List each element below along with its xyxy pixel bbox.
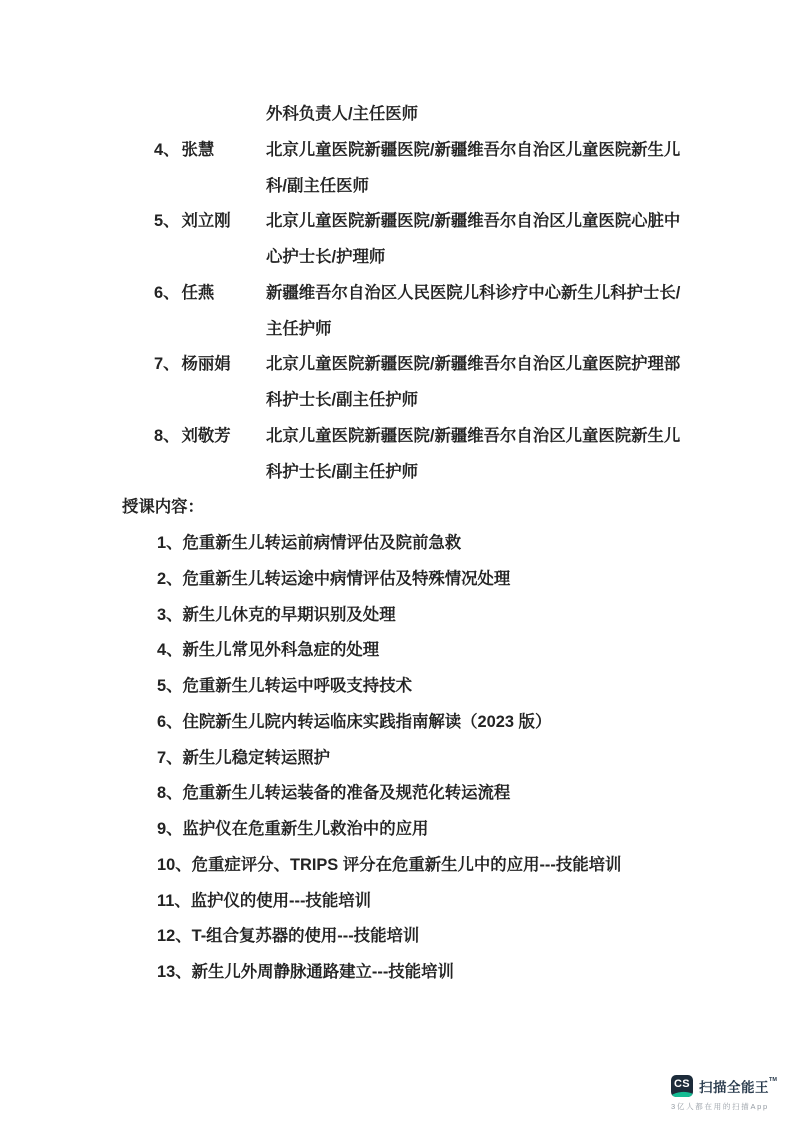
- camscanner-logo-letters: CS: [671, 1076, 693, 1092]
- roster-number: 4、: [154, 141, 180, 159]
- roster-number: 8、: [154, 427, 180, 445]
- roster-affiliation-line: 心护士长/护理师: [266, 240, 793, 276]
- roster-affiliation-line: 科护士长/副主任护师: [266, 455, 793, 491]
- roster-number: 6、: [154, 284, 180, 302]
- topic-item: 4、新生儿常见外科急症的处理: [157, 633, 793, 669]
- roster-continuation-line: 外科负责人/主任医师: [266, 97, 793, 133]
- roster-entry: 6、任燕 新疆维吾尔自治区人民医院儿科诊疗中心新生儿科护士长/ 主任护师: [154, 276, 793, 348]
- roster-affiliation-line: 科护士长/副主任护师: [266, 383, 793, 419]
- camscanner-brand-name: 扫描全能王: [699, 1076, 769, 1096]
- trademark-mark: TM: [769, 1077, 777, 1083]
- roster-entry: 4、张慧 北京儿童医院新疆医院/新疆维吾尔自治区儿童医院新生儿 科/副主任医师: [154, 133, 793, 205]
- topic-item: 6、住院新生儿院内转运临床实践指南解读（2023 版）: [157, 705, 793, 741]
- roster-entry: 8、刘敬芳 北京儿童医院新疆医院/新疆维吾尔自治区儿童医院新生儿 科护士长/副主…: [154, 419, 793, 491]
- roster-number: 7、: [154, 355, 180, 373]
- section-heading: 授课内容：: [122, 490, 793, 526]
- roster-name: 刘立刚: [182, 212, 231, 230]
- roster-name-label: 6、任燕: [154, 276, 266, 312]
- roster-name: 张慧: [182, 141, 215, 159]
- roster-name-label: 7、杨丽娟: [154, 347, 266, 383]
- roster-affiliation: 北京儿童医院新疆医院/新疆维吾尔自治区儿童医院心脏中 心护士长/护理师: [266, 204, 793, 276]
- topic-item: 11、监护仪的使用---技能培训: [157, 884, 793, 920]
- roster-affiliation: 北京儿童医院新疆医院/新疆维吾尔自治区儿童医院新生儿 科/副主任医师: [266, 133, 793, 205]
- roster-name-label: 4、张慧: [154, 133, 266, 169]
- roster-entry: 5、刘立刚 北京儿童医院新疆医院/新疆维吾尔自治区儿童医院心脏中 心护士长/护理…: [154, 204, 793, 276]
- topic-item: 8、危重新生儿转运装备的准备及规范化转运流程: [157, 776, 793, 812]
- topic-item: 12、T-组合复苏器的使用---技能培训: [157, 919, 793, 955]
- roster-affiliation-line: 北京儿童医院新疆医院/新疆维吾尔自治区儿童医院心脏中: [266, 204, 793, 240]
- roster-number: 5、: [154, 212, 180, 230]
- topic-item: 10、危重症评分、TRIPS 评分在危重新生儿中的应用---技能培训: [157, 848, 793, 884]
- roster-affiliation: 北京儿童医院新疆医院/新疆维吾尔自治区儿童医院护理部 科护士长/副主任护师: [266, 347, 793, 419]
- roster-affiliation-line: 北京儿童医院新疆医院/新疆维吾尔自治区儿童医院新生儿: [266, 419, 793, 455]
- roster-affiliation-line: 新疆维吾尔自治区人民医院儿科诊疗中心新生儿科护士长/: [266, 276, 793, 312]
- camscanner-badge: CS 扫描全能王 TM 3亿人都在用的扫描App: [671, 1075, 777, 1112]
- roster-entry: 7、杨丽娟 北京儿童医院新疆医院/新疆维吾尔自治区儿童医院护理部 科护士长/副主…: [154, 347, 793, 419]
- roster-name-label: 5、刘立刚: [154, 204, 266, 240]
- roster-name: 杨丽娟: [182, 355, 231, 373]
- camscanner-brand-row: CS 扫描全能王 TM: [671, 1075, 777, 1097]
- roster-affiliation-line: 主任护师: [266, 312, 793, 348]
- topic-item: 7、新生儿稳定转运照护: [157, 741, 793, 777]
- roster-affiliation-line: 北京儿童医院新疆医院/新疆维吾尔自治区儿童医院新生儿: [266, 133, 793, 169]
- topic-item: 1、危重新生儿转运前病情评估及院前急救: [157, 526, 793, 562]
- topic-item: 9、监护仪在危重新生儿救治中的应用: [157, 812, 793, 848]
- topic-item: 13、新生儿外周静脉通路建立---技能培训: [157, 955, 793, 991]
- topic-item: 5、危重新生儿转运中呼吸支持技术: [157, 669, 793, 705]
- roster-name-label: 8、刘敬芳: [154, 419, 266, 455]
- roster-affiliation: 北京儿童医院新疆医院/新疆维吾尔自治区儿童医院新生儿 科护士长/副主任护师: [266, 419, 793, 491]
- roster-affiliation-line: 科/副主任医师: [266, 169, 793, 205]
- roster-affiliation: 新疆维吾尔自治区人民医院儿科诊疗中心新生儿科护士长/ 主任护师: [266, 276, 793, 348]
- roster-affiliation-line: 北京儿童医院新疆医院/新疆维吾尔自治区儿童医院护理部: [266, 347, 793, 383]
- document-page: 外科负责人/主任医师 4、张慧 北京儿童医院新疆医院/新疆维吾尔自治区儿童医院新…: [0, 0, 793, 1123]
- topic-item: 2、危重新生儿转运途中病情评估及特殊情况处理: [157, 562, 793, 598]
- topic-item: 3、新生儿休克的早期识别及处理: [157, 598, 793, 634]
- camscanner-logo-icon: CS: [671, 1075, 693, 1097]
- camscanner-tagline: 3亿人都在用的扫描App: [671, 1101, 777, 1112]
- roster-name: 任燕: [182, 284, 215, 302]
- roster-name: 刘敬芳: [182, 427, 231, 445]
